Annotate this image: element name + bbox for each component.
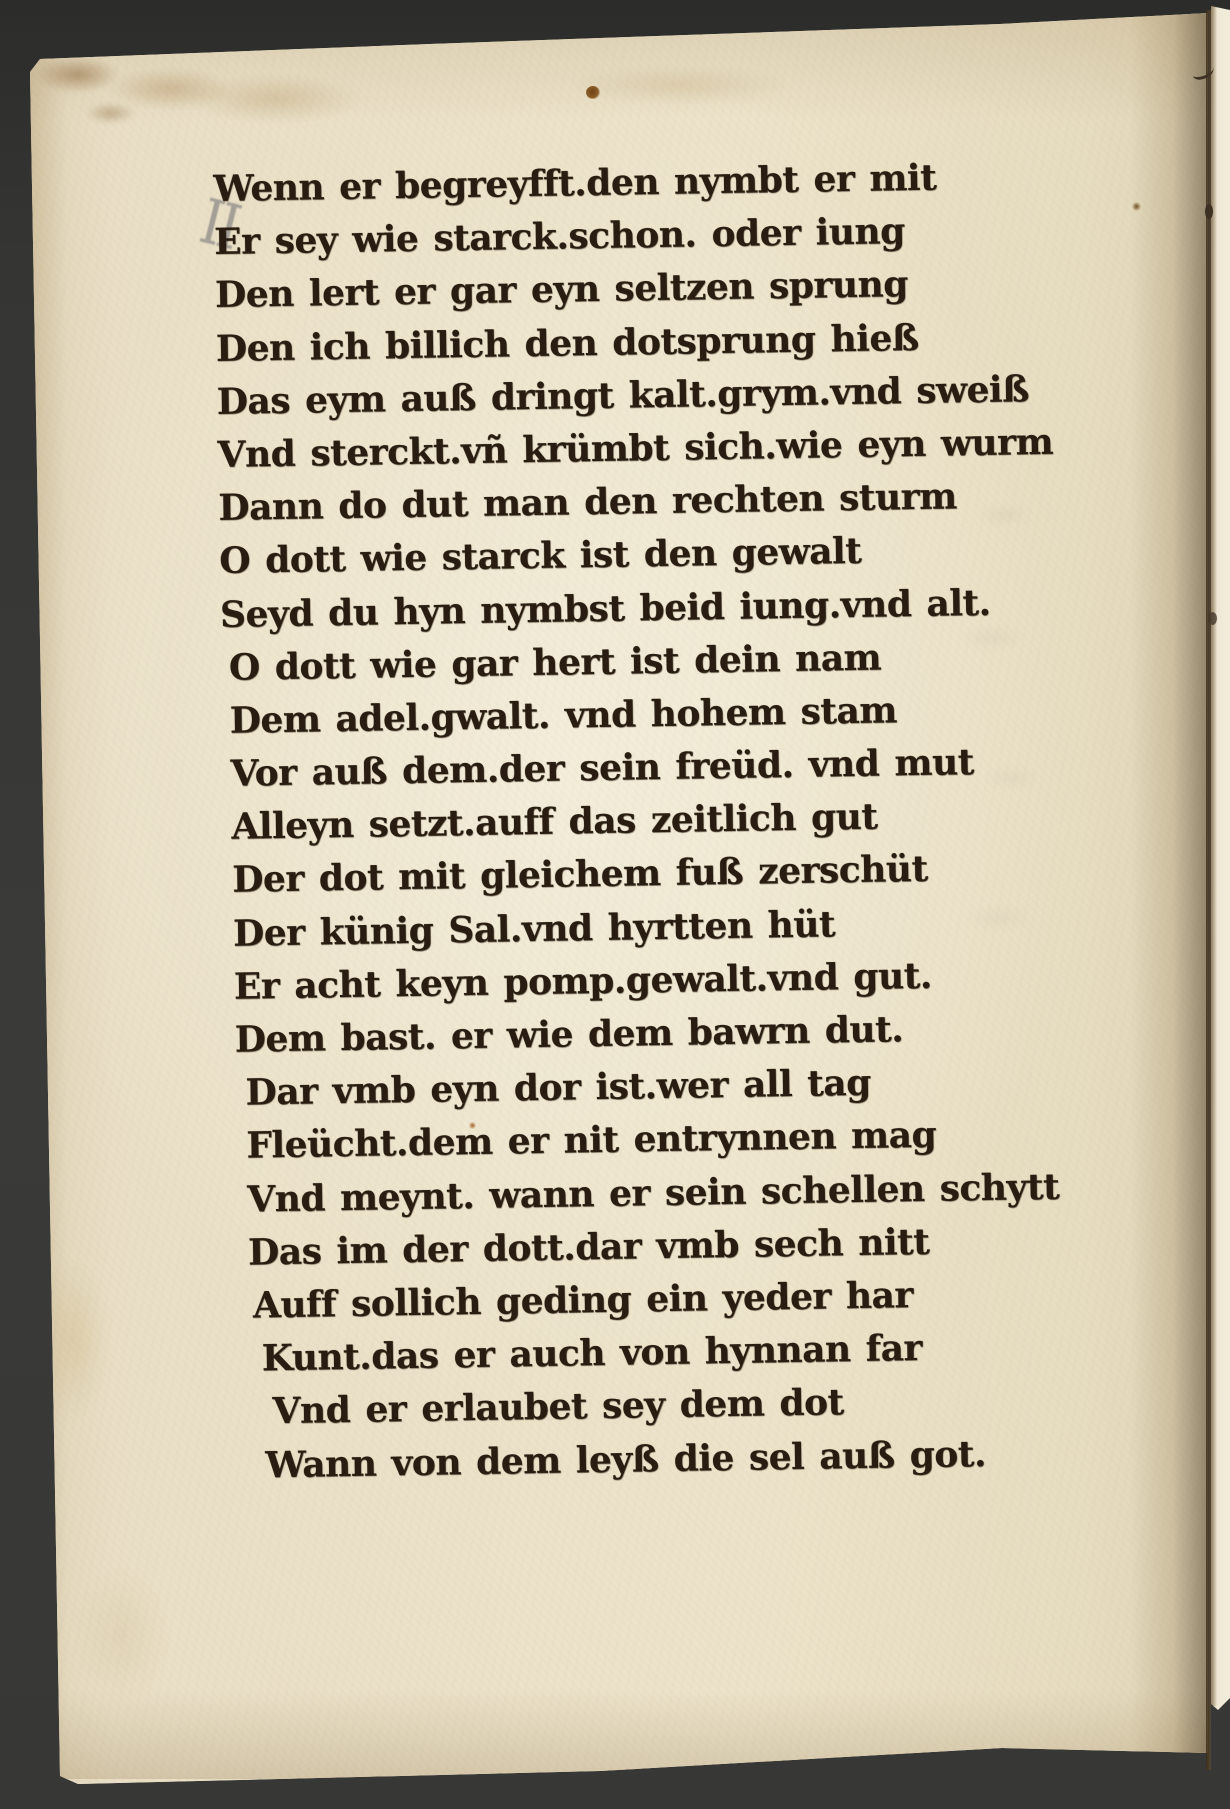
scan-background: II Wenn er begreyfft.den nymbt er mit Er… — [0, 0, 1230, 1809]
page-fold-shading — [1130, 0, 1208, 1809]
stain-left-margin — [30, 1220, 126, 1460]
page-left-shading — [26, 0, 68, 1809]
page-top-shading — [0, 0, 1230, 120]
book-page: II Wenn er begreyfft.den nymbt er mit Er… — [0, 0, 1230, 1809]
adjacent-page-shadow — [1211, 6, 1217, 1706]
verse-text-block: Wenn er begreyfft.den nymbt er mit Er se… — [213, 149, 1114, 1492]
page-bottom-shading — [0, 1689, 1230, 1779]
